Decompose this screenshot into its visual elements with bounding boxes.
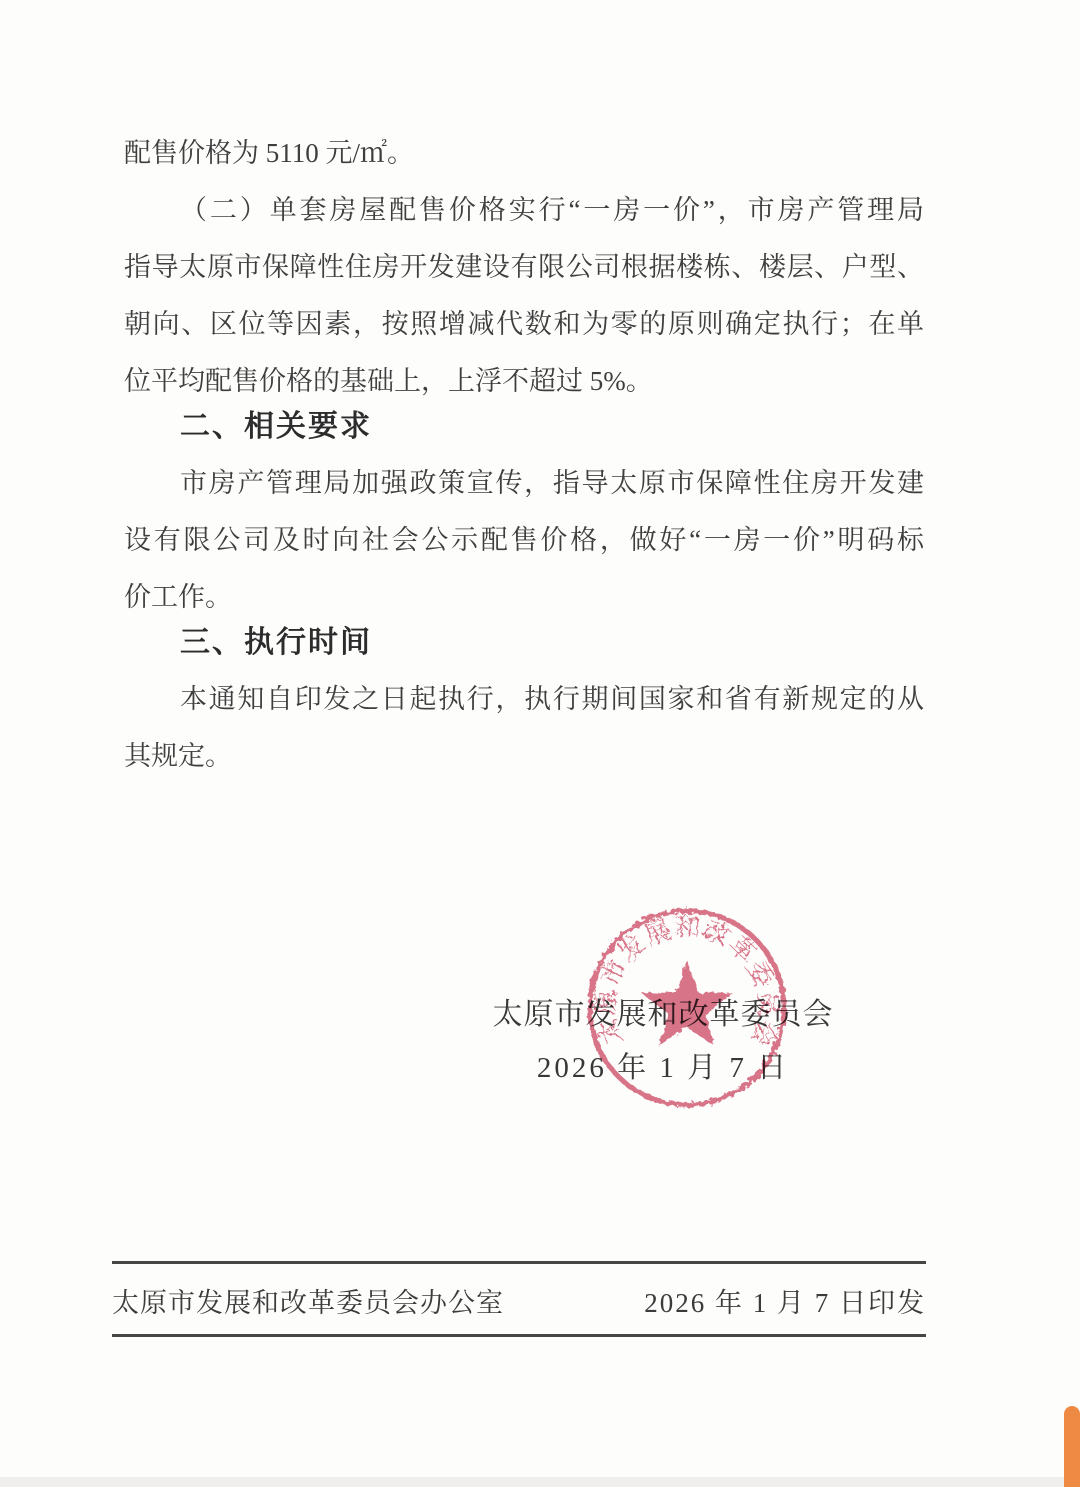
bottom-band: [0, 1477, 1080, 1487]
footer-rule-bottom: [112, 1334, 926, 1337]
doc-line: 设有限公司及时向社会公示配售价格，做好“一房一价”明码标: [124, 512, 924, 569]
scrollbar-thumb[interactable]: [1064, 1406, 1080, 1487]
doc-line: （二）单套房屋配售价格实行“一房一价”，市房产管理局: [124, 182, 924, 239]
footer-office: 太原市发展和改革委员会办公室: [112, 1281, 504, 1320]
doc-line: 朝向、区位等因素，按照增减代数和为零的原则确定执行；在单: [124, 296, 924, 353]
document-text: 配售价格为 5110 元/㎡。 （二）单套房屋配售价格实行“一房一价”，市房产管…: [124, 125, 924, 785]
footer-rule-top: [112, 1261, 926, 1264]
doc-line: 配售价格为 5110 元/㎡。: [124, 125, 924, 182]
doc-line: 指导太原市保障性住房开发建设有限公司根据楼栋、楼层、户型、: [124, 239, 924, 296]
doc-line: 本通知自印发之日起执行，执行期间国家和省有新规定的从: [124, 671, 924, 728]
doc-line: 其规定。: [124, 728, 924, 785]
doc-line: 市房产管理局加强政策宣传，指导太原市保障性住房开发建: [124, 455, 924, 512]
footer: 太原市发展和改革委员会办公室 2026 年 1 月 7 日印发: [112, 1281, 926, 1320]
footer-issue-date: 2026 年 1 月 7 日印发: [644, 1281, 926, 1320]
section-heading-3: 三、执行时间: [124, 614, 924, 671]
signature-date: 2026 年 1 月 7 日: [433, 1045, 893, 1086]
document-page: 配售价格为 5110 元/㎡。 （二）单套房屋配售价格实行“一房一价”，市房产管…: [0, 0, 1080, 1487]
signature-org: 太原市发展和改革委员会: [433, 989, 893, 1033]
